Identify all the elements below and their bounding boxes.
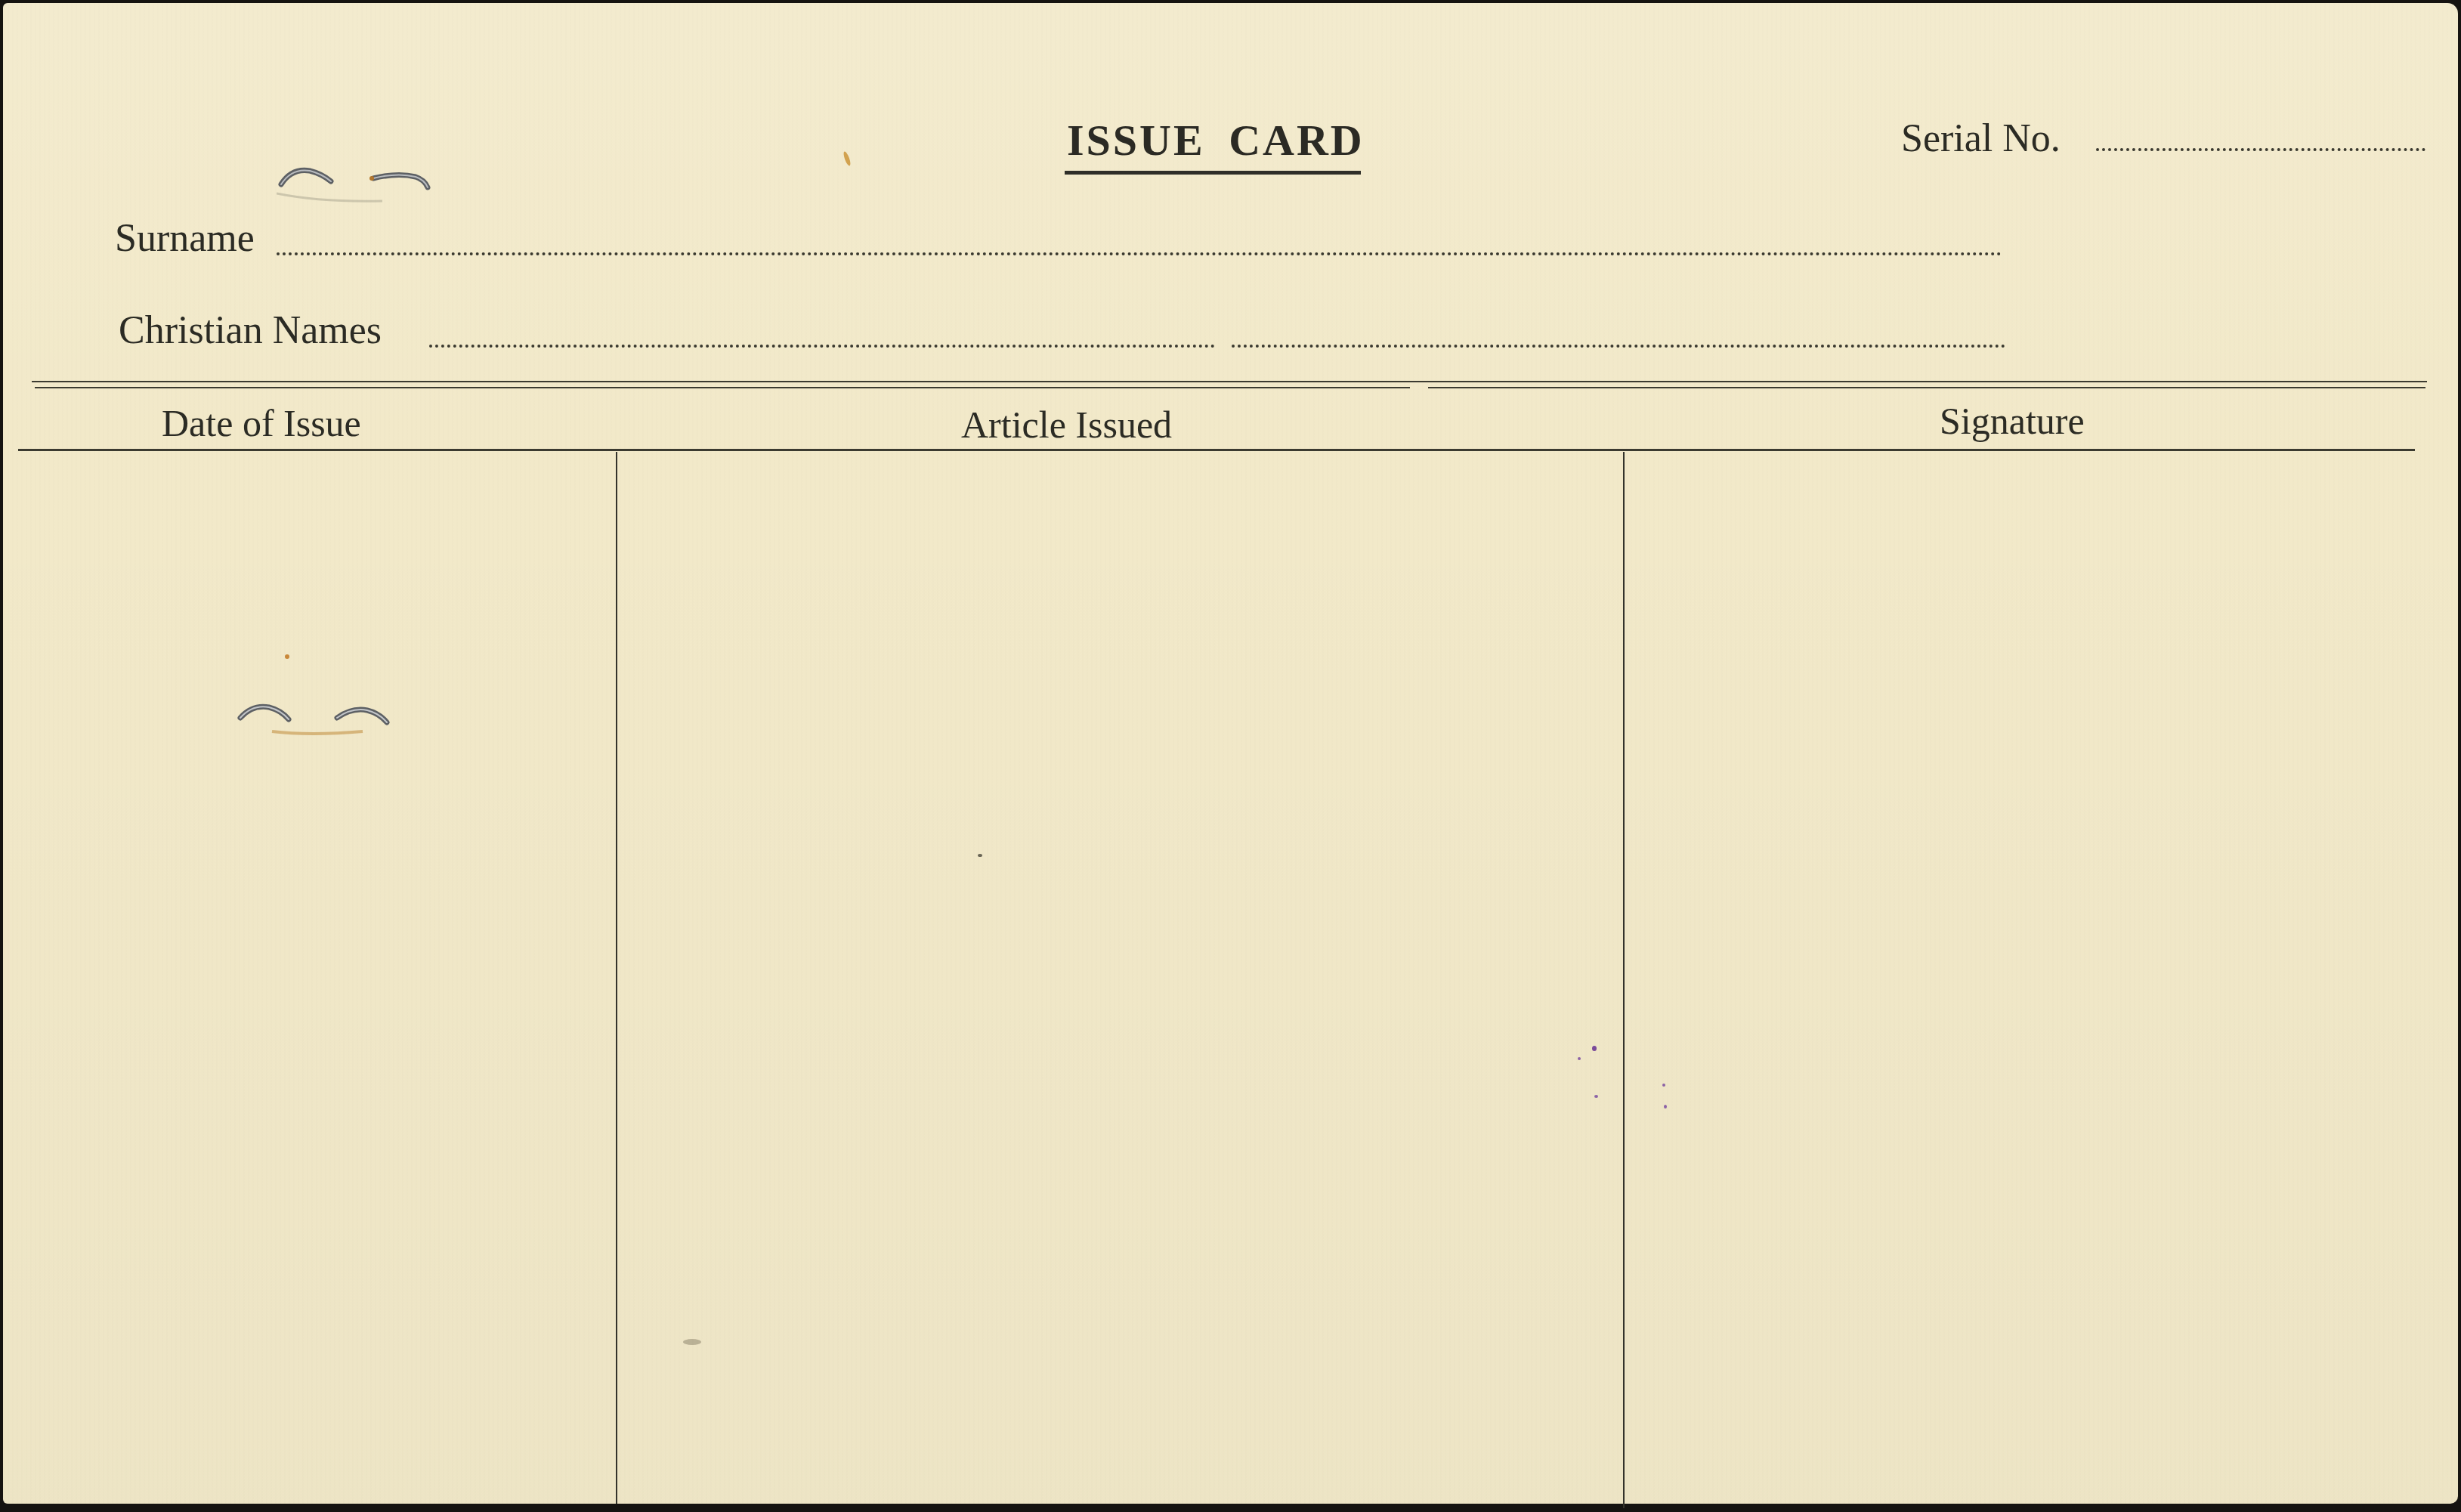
christian-names-label: Christian Names (119, 308, 382, 353)
column-header-date-of-issue: Date of Issue (162, 401, 361, 445)
stain-mark (842, 151, 852, 167)
header-double-rule-top (32, 381, 2427, 382)
rust-speck (285, 654, 289, 659)
serial-no-field[interactable] (2096, 148, 2425, 151)
surname-field[interactable] (277, 252, 2002, 255)
stamp-ink-speck (1578, 1057, 1581, 1060)
header-double-rule-bottom-right (1428, 387, 2425, 388)
staple-icon (277, 163, 443, 209)
christian-names-field-continued[interactable] (1232, 345, 2005, 348)
column-header-article-issued: Article Issued (961, 403, 1172, 447)
staple-icon (234, 698, 400, 744)
signature-column-cell[interactable] (1626, 453, 2415, 1504)
column-divider-2 (1623, 452, 1625, 1508)
stamp-ink-speck (1662, 1084, 1665, 1087)
stamp-ink-speck (1592, 1046, 1597, 1051)
title-underline (1065, 171, 1361, 175)
surname-label: Surname (115, 216, 255, 261)
serial-no-label: Serial No. (1901, 116, 2061, 161)
date-of-issue-column-cell[interactable] (18, 453, 614, 1504)
stamp-ink-speck (1664, 1105, 1667, 1108)
dust-speck (978, 854, 982, 857)
article-issued-column-cell[interactable] (619, 453, 1621, 1504)
column-header-signature: Signature (1940, 399, 2085, 443)
issue-card: ISSUE CARD Serial No. Surname Christian … (3, 3, 2458, 1504)
header-bottom-rule (18, 449, 2415, 451)
stamp-ink-speck (1594, 1095, 1598, 1098)
christian-names-field[interactable] (429, 345, 1215, 348)
smudge-mark (683, 1339, 701, 1345)
card-title: ISSUE CARD (1067, 115, 1365, 165)
header-double-rule-bottom-left (35, 387, 1410, 388)
column-divider-1 (616, 452, 617, 1504)
